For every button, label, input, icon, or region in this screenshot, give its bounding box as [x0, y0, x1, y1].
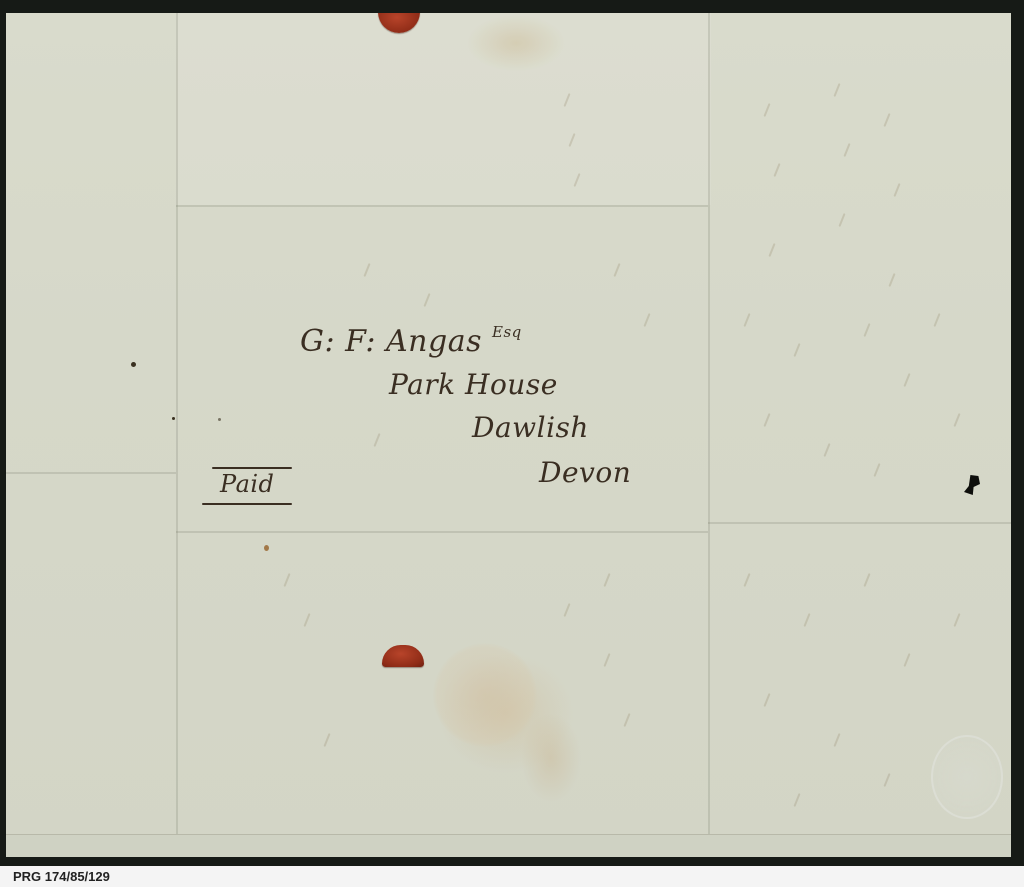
torn-hole [964, 475, 980, 495]
top-fold-panel [176, 13, 711, 205]
foxing-spot [264, 545, 269, 551]
ink-spot [172, 417, 175, 420]
address-recipient: G: F: Angas Esq [300, 323, 522, 359]
embossed-oval-stamp [931, 735, 1003, 819]
ink-spot [131, 362, 136, 367]
caption-bar: PRG 174/85/129 [0, 866, 1024, 887]
fold-line-vertical-left [176, 13, 178, 834]
recipient-name: G: F: Angas [300, 324, 482, 359]
ink-spot [218, 418, 221, 421]
reference-number: PRG 174/85/129 [13, 869, 110, 884]
scan-frame: G: F: Angas Esq Park House Dawlish Devon… [0, 0, 1024, 866]
paid-underline-top [212, 467, 292, 469]
letter-paper: G: F: Angas Esq Park House Dawlish Devon… [6, 13, 1011, 857]
address-line-county: Devon [539, 456, 631, 489]
fold-line-right-middle [708, 522, 1011, 524]
fold-line-center-bottom [176, 531, 708, 533]
seal-stain [433, 643, 537, 747]
recipient-suffix: Esq [492, 323, 522, 341]
address-line-house: Park House [389, 368, 558, 401]
fold-line-left-middle [6, 472, 176, 474]
paid-postal-mark: Paid [202, 465, 294, 509]
fold-line-vertical-right [708, 13, 710, 834]
fold-line-top [176, 205, 708, 207]
paid-label: Paid [220, 470, 274, 498]
bottom-fold-strip [6, 834, 1011, 857]
paid-underline-bottom [202, 503, 292, 505]
address-line-town: Dawlish [472, 411, 589, 444]
wax-seal-bottom [382, 645, 424, 667]
